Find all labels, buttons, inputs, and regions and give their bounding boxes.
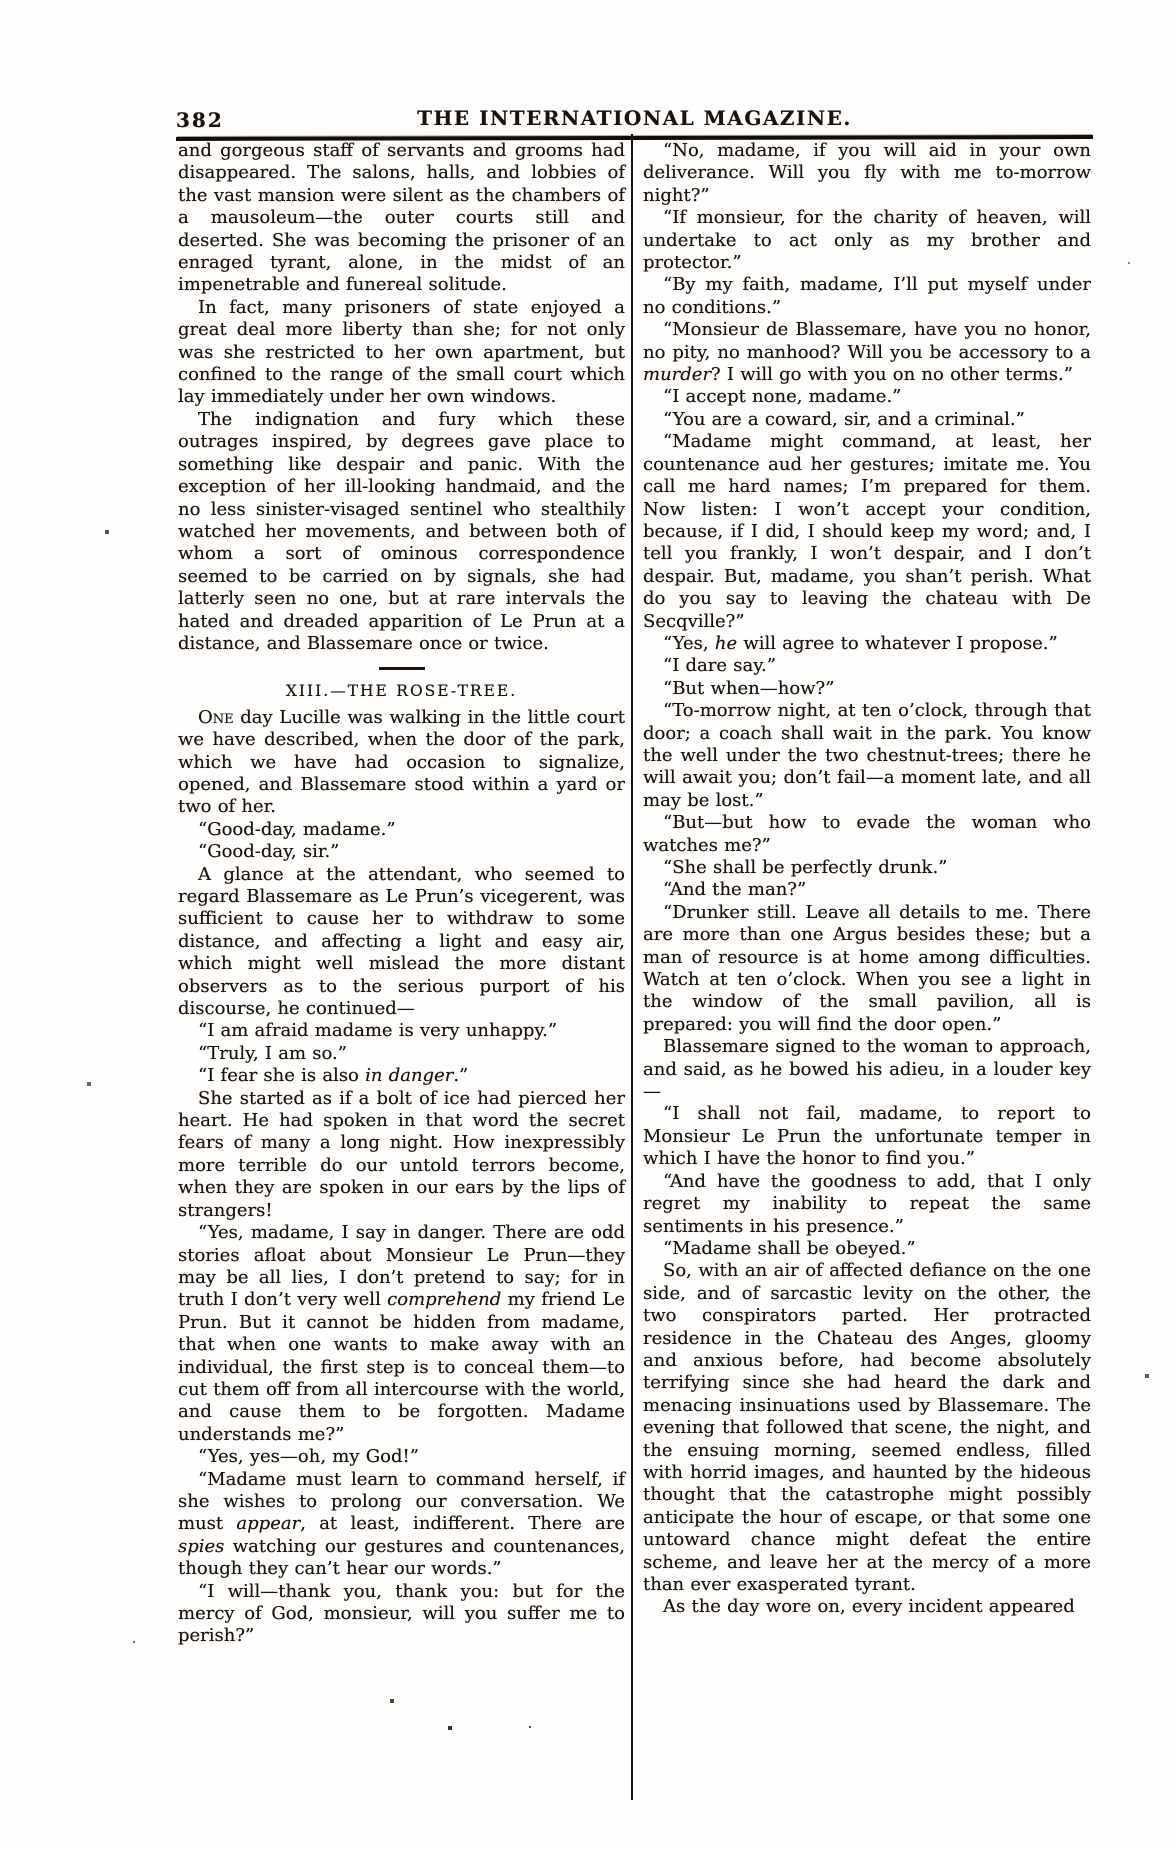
text-run: “But—but how to evade the woman who watc… (643, 812, 1091, 855)
paragraph: “And have the goodness to add, that I on… (643, 1171, 1091, 1238)
text-run: my friend Le Prun. But it cannot be hidd… (178, 1289, 625, 1444)
text-run: A glance at the attendant, who seemed to… (178, 864, 625, 1019)
text-run: ? I will go with you on no other terms.” (711, 364, 1073, 385)
paragraph: “Good-day, sir.” (178, 841, 625, 863)
text-run: Blassemare signed to the woman to approa… (643, 1036, 1091, 1102)
paragraph: “Yes, yes—oh, my God!” (178, 1446, 625, 1468)
text-run: and gorgeous staff of servants and groom… (178, 140, 625, 295)
paragraph: As the day wore on, every incident appea… (643, 1596, 1091, 1618)
paragraph: and gorgeous staff of servants and groom… (178, 140, 625, 297)
text-run: “Drunker still. Leave all details to me.… (643, 902, 1091, 1035)
paragraph: “If monsieur, for the charity of heaven,… (643, 207, 1091, 274)
text-run: he (715, 633, 737, 654)
text-run: “I shall not fail, madame, to report to … (643, 1103, 1091, 1169)
text-run: In fact, many prisoners of state enjoyed… (178, 297, 625, 408)
text-run: “No, madame, if you will aid in your own… (643, 140, 1091, 206)
text-run: “I will—thank you, thank you: but for th… (178, 1581, 625, 1647)
paragraph: One day Lucille was walking in the littl… (178, 707, 625, 819)
paragraph: “But when—how?” (643, 678, 1091, 700)
text-run: As the day wore on, every incident appea… (663, 1596, 1075, 1617)
text-run: will agree to whatever I propose.” (737, 633, 1058, 654)
paragraph: “I will—thank you, thank you: but for th… (178, 1581, 625, 1648)
paragraph: “Yes, madame, I say in danger. There are… (178, 1222, 625, 1446)
text-run: “Good-day, madame.” (198, 819, 396, 840)
text-run: ne (213, 707, 234, 728)
text-column-left: and gorgeous staff of servants and groom… (178, 140, 625, 1648)
text-run: “Monsieur de Blassemare, have you no hon… (643, 319, 1091, 362)
text-run: “And the man?” (663, 879, 806, 900)
paragraph: “Monsieur de Blassemare, have you no hon… (643, 319, 1091, 386)
section-divider (379, 667, 425, 670)
text-run: “Yes, yes—oh, my God!” (198, 1446, 419, 1467)
paragraph: “I fear she is also in danger.” (178, 1065, 625, 1087)
text-run: “I am afraid madame is very unhappy.” (198, 1020, 557, 1041)
text-run: day Lucille was walking in the little co… (178, 707, 625, 818)
paragraph: “But—but how to evade the woman who watc… (643, 812, 1091, 857)
paragraph: “To-morrow night, at ten o’clock, throug… (643, 700, 1091, 812)
text-run: “I accept none, madame.” (663, 386, 901, 407)
text-run: “I fear she is also (198, 1065, 365, 1086)
text-run: , at least, indifferent. There are (300, 1513, 625, 1534)
paragraph: Blassemare signed to the woman to approa… (643, 1036, 1091, 1103)
text-run: The indignation and fury which these out… (178, 409, 625, 654)
text-run: in danger (365, 1065, 453, 1086)
paragraph: “Yes, he will agree to whatever I propos… (643, 633, 1091, 655)
text-run: “To-morrow night, at ten o’clock, throug… (643, 700, 1091, 811)
paragraph: So, with an air of affected defiance on … (643, 1260, 1091, 1596)
paragraph: “She shall be perfectly drunk.” (643, 857, 1091, 879)
paragraph: “I shall not fail, madame, to report to … (643, 1103, 1091, 1170)
text-column-right: “No, madame, if you will aid in your own… (643, 140, 1091, 1619)
text-run: “I dare say.” (663, 655, 776, 676)
text-run: murder (643, 364, 711, 385)
text-run: “And have the goodness to add, that I on… (643, 1171, 1091, 1237)
text-run: watching our gestures and countenances, … (178, 1536, 625, 1579)
text-run: “Madame shall be obeyed.” (663, 1238, 916, 1259)
text-run: appear (236, 1513, 300, 1534)
text-run: .” (453, 1065, 468, 1086)
text-run: “You are a coward, sir, and a criminal.” (663, 409, 1025, 430)
text-run: “By my faith, madame, I’ll put myself un… (643, 274, 1091, 317)
text-run: O (198, 707, 213, 728)
text-run: “Yes, (663, 633, 715, 654)
text-run: “Truly, I am so.” (198, 1043, 347, 1064)
column-divider (631, 134, 633, 1800)
paragraph: “I am afraid madame is very unhappy.” (178, 1020, 625, 1042)
scan-speckles (0, 0, 2, 2)
text-run: spies (178, 1536, 224, 1557)
paragraph: The indignation and fury which these out… (178, 409, 625, 655)
paragraph: She started as if a bolt of ice had pier… (178, 1088, 625, 1222)
page-title: THE INTERNATIONAL MAGAZINE. (178, 106, 1091, 130)
paragraph: “Drunker still. Leave all details to me.… (643, 902, 1091, 1036)
paragraph: “Truly, I am so.” (178, 1043, 625, 1065)
paragraph: “You are a coward, sir, and a criminal.” (643, 409, 1091, 431)
text-run: So, with an air of affected defiance on … (643, 1260, 1091, 1595)
paragraph: “Madame shall be obeyed.” (643, 1238, 1091, 1260)
text-run: “If monsieur, for the charity of heaven,… (643, 207, 1091, 273)
text-run: “She shall be perfectly drunk.” (663, 857, 947, 878)
section-heading: XIII.—THE ROSE-TREE. (178, 680, 625, 702)
text-run: “But when—how?” (663, 678, 834, 699)
text-run: She started as if a bolt of ice had pier… (178, 1088, 625, 1221)
text-run: “Good-day, sir.” (198, 841, 339, 862)
paragraph: “I accept none, madame.” (643, 386, 1091, 408)
paragraph: A glance at the attendant, who seemed to… (178, 864, 625, 1021)
paragraph: “By my faith, madame, I’ll put myself un… (643, 274, 1091, 319)
paragraph: In fact, many prisoners of state enjoyed… (178, 297, 625, 409)
paragraph: “And the man?” (643, 879, 1091, 901)
paragraph: “Good-day, madame.” (178, 819, 625, 841)
magazine-page: 382 THE INTERNATIONAL MAGAZINE. and gorg… (0, 0, 1176, 1850)
paragraph: “I dare say.” (643, 655, 1091, 677)
text-run: “Madame might command, at least, her cou… (643, 431, 1091, 631)
paragraph: “No, madame, if you will aid in your own… (643, 140, 1091, 207)
paragraph: “Madame must learn to command herself, i… (178, 1469, 625, 1581)
text-run: comprehend (387, 1289, 501, 1310)
paragraph: “Madame might command, at least, her cou… (643, 431, 1091, 633)
